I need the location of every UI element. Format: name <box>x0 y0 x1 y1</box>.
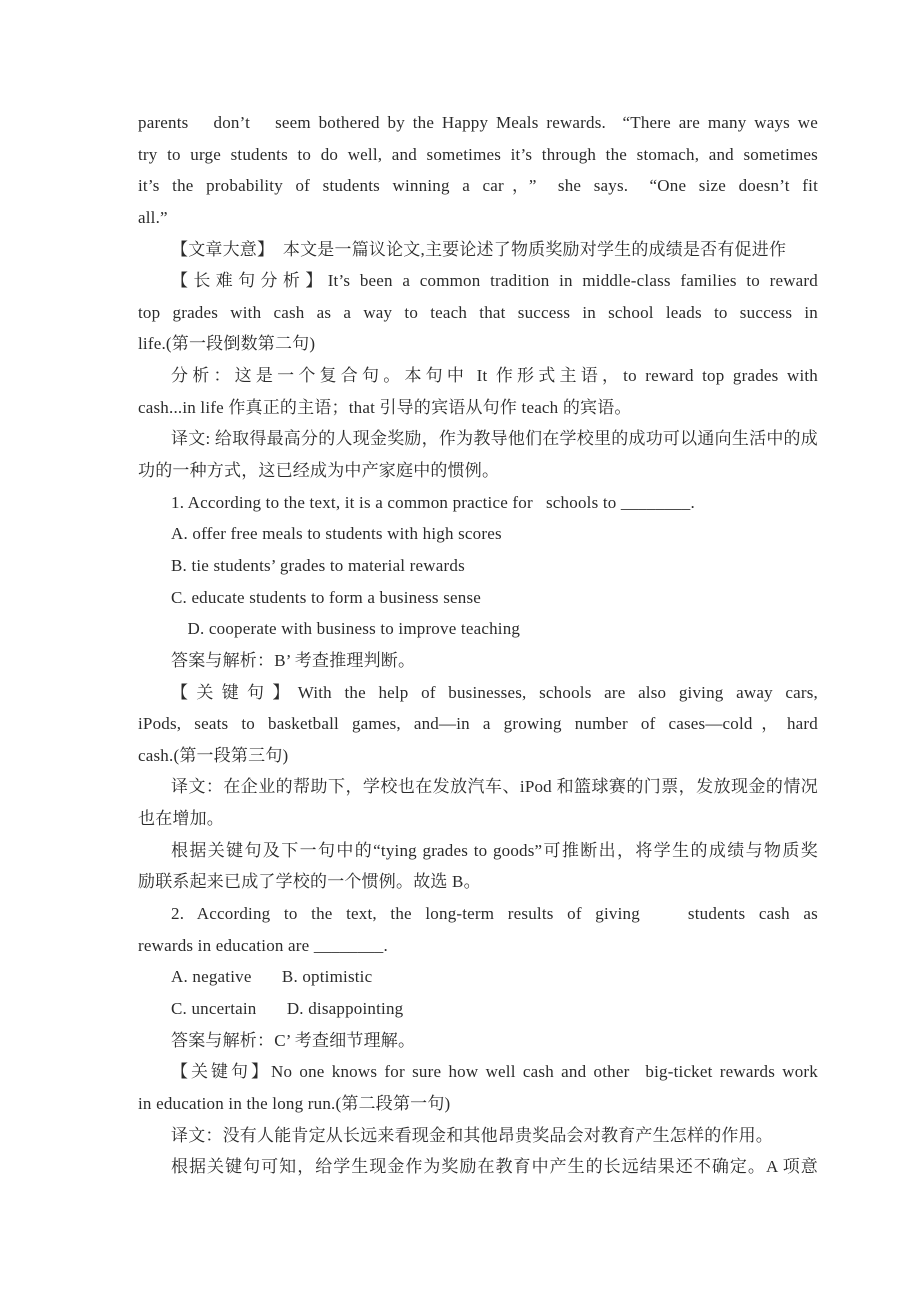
text-line: 2. According to the text, the long-term … <box>138 898 818 930</box>
text-line: 【文章大意】 本文是一篇议论文,主要论述了物质奖励对学生的成绩是否有促进作用。 <box>138 234 818 266</box>
document-page: parents don’t seem bothered by the Happy… <box>0 0 920 1302</box>
text-line: 【长难句分析】It’s been a common tradition in m… <box>138 265 818 297</box>
text-line: rewards in education are ________. <box>138 930 818 962</box>
text-line: 1. According to the text, it is a common… <box>138 487 818 519</box>
text-line: 译文: 给取得最高分的人现金奖励，作为教导他们在学校里的成功可以通向生活中的成 <box>138 423 818 455</box>
text-line: 译文：在企业的帮助下，学校也在发放汽车、iPod 和篮球赛的门票，发放现金的情况 <box>138 771 818 803</box>
text-line: 也在增加。 <box>138 803 818 835</box>
text-line: A. negative B. optimistic <box>138 961 818 993</box>
text-line: top grades with cash as a way to teach t… <box>138 297 818 329</box>
text-line: 译文：没有人能肯定从长远来看现金和其他昂贵奖品会对教育产生怎样的作用。 <box>138 1120 818 1152</box>
text-line: iPods, seats to basketball games, and—in… <box>138 708 818 740</box>
text-line: A. offer free meals to students with hig… <box>138 518 818 550</box>
text-line: it’s the probability of students winning… <box>138 170 818 202</box>
text-line: in education in the long run.(第二段第一句) <box>138 1088 818 1120</box>
text-line: all.” <box>138 202 818 234</box>
text-line: cash.(第一段第三句) <box>138 740 818 772</box>
text-line: try to urge students to do well, and som… <box>138 139 818 171</box>
text-line: 励联系起来已成了学校的一个惯例。故选 B。 <box>138 866 818 898</box>
text-line: 根据关键句可知，给学生现金作为奖励在教育中产生的长远结果还不确定。A 项意为“消 <box>138 1151 818 1183</box>
text-line: C. educate students to form a business s… <box>138 582 818 614</box>
text-line: cash...in life 作真正的主语；that 引导的宾语从句作 teac… <box>138 392 818 424</box>
text-line: 分析：这是一个复合句。本句中 It 作形式主语，to reward top gr… <box>138 360 818 392</box>
text-line: D. cooperate with business to improve te… <box>138 613 818 645</box>
text-line: 【关键句】No one knows for sure how well cash… <box>138 1056 818 1088</box>
text-line: 答案与解析：C’ 考查细节理解。 <box>138 1025 818 1057</box>
text-line: life.(第一段倒数第二句) <box>138 328 818 360</box>
text-line: B. tie students’ grades to material rewa… <box>138 550 818 582</box>
text-line: 根据关键句及下一句中的“tying grades to goods”可推断出，将… <box>138 835 818 867</box>
text-line: C. uncertain D. disappointing <box>138 993 818 1025</box>
text-line: parents don’t seem bothered by the Happy… <box>138 107 818 139</box>
text-line: 【关键句】With the help of businesses, school… <box>138 677 818 709</box>
text-line: 答案与解析：B’ 考查推理判断。 <box>138 645 818 677</box>
text-line: 功的一种方式，这已经成为中产家庭中的惯例。 <box>138 455 818 487</box>
